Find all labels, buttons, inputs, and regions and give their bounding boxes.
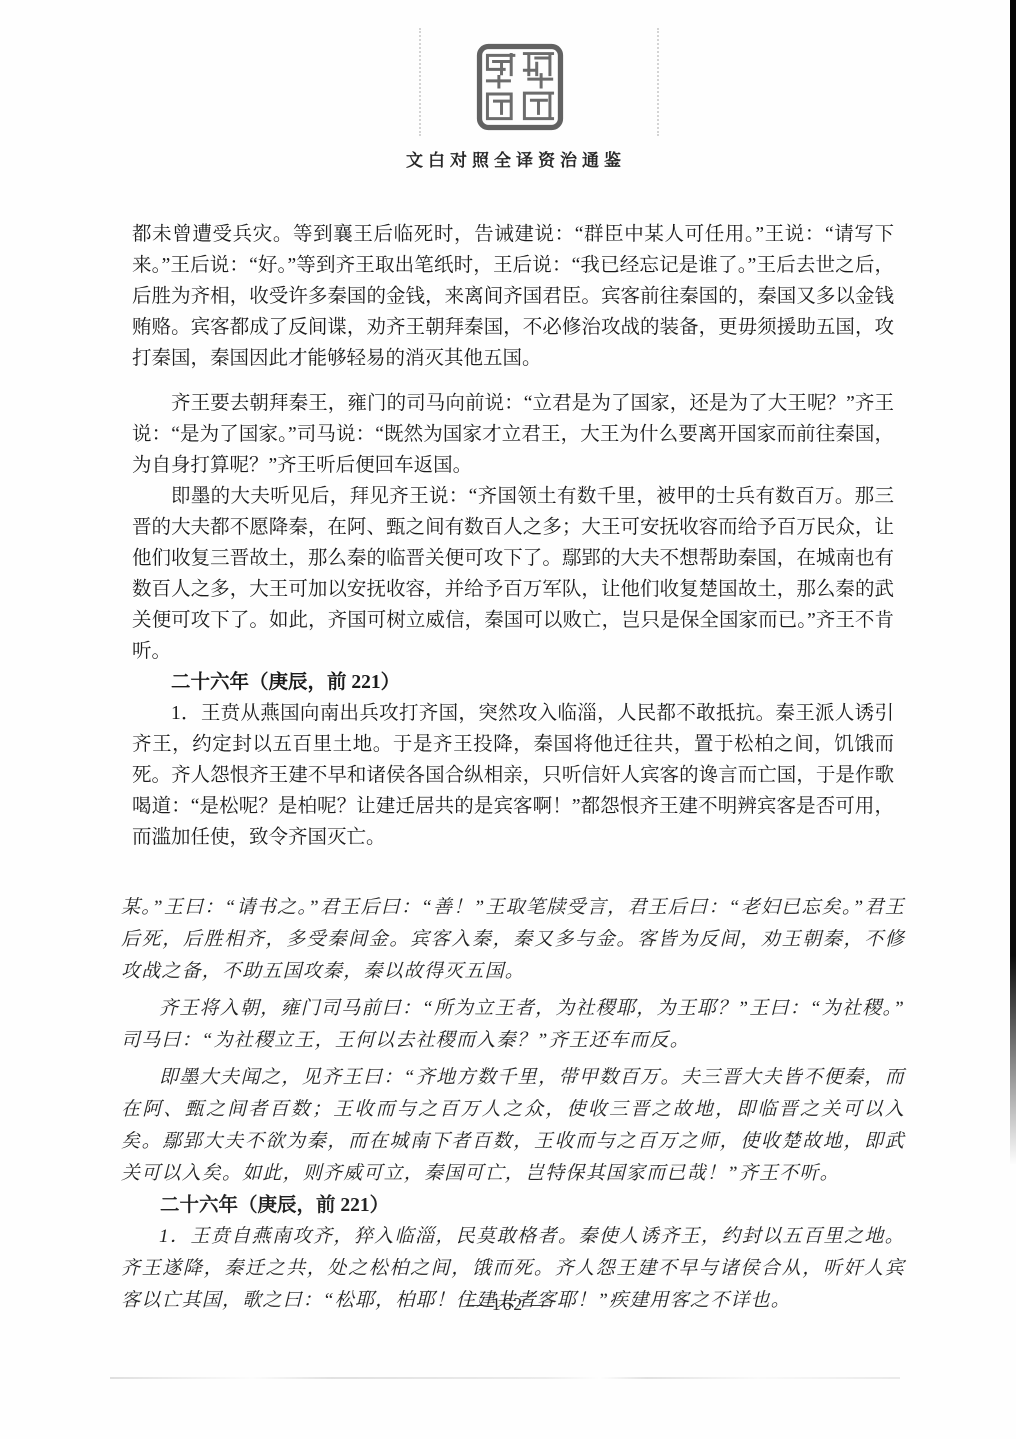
- scan-dotted-line-left: [419, 28, 421, 136]
- classical-year-heading: 二十六年（庚辰，前 221）: [121, 1190, 905, 1221]
- page-text-block: 都未曾遭受兵灾。等到襄王后临死时，告诫建说：“群臣中某人可任用。”王说：“请写下…: [132, 219, 894, 1317]
- seal-stamp-icon: [476, 40, 564, 134]
- vernacular-year-heading: 二十六年（庚辰，前 221）: [132, 667, 894, 698]
- scan-edge-shadow: [1010, 0, 1016, 1165]
- vernacular-paragraph-3: 即墨的大夫听见后，拜见齐王说：“齐国领土有数千里，被甲的士兵有数百万。那三晋的大…: [132, 481, 894, 667]
- vernacular-paragraph-4: 1．王贲从燕国向南出兵攻打齐国，突然攻入临淄，人民都不敢抵抗。秦王派人诱引齐王，…: [132, 698, 894, 853]
- classical-text-section: 某。”王曰：“请书之。”君王后曰：“善！”王取笔牍受言，君王后曰：“老妇已忘矣。…: [121, 892, 905, 1317]
- page-number: — 162 —: [0, 1294, 1016, 1315]
- vernacular-paragraph-2: 齐王要去朝拜秦王，雍门的司马向前说：“立君是为了国家，还是为了大王呢？”齐王说：…: [132, 388, 894, 481]
- classical-paragraph-2: 齐王将入朝，雍门司马前曰：“所为立王者，为社稷耶，为王耶？”王曰：“为社稷。”司…: [121, 993, 905, 1057]
- scan-streak-artifact: [110, 1377, 900, 1379]
- vernacular-translation-section: 都未曾遭受兵灾。等到襄王后临死时，告诫建说：“群臣中某人可任用。”王说：“请写下…: [132, 219, 894, 853]
- classical-paragraph-3: 即墨大夫闻之，见齐王曰：“齐地方数千里，带甲数百万。夫三晋大夫皆不便秦，而在阿、…: [121, 1062, 905, 1190]
- scan-dotted-line-right: [657, 28, 659, 136]
- book-series-title: 文白对照全译资治通鉴: [8, 146, 1016, 171]
- vernacular-paragraph-1: 都未曾遭受兵灾。等到襄王后临死时，告诫建说：“群臣中某人可任用。”王说：“请写下…: [132, 219, 894, 374]
- book-page: 文白对照全译资治通鉴 都未曾遭受兵灾。等到襄王后临死时，告诫建说：“群臣中某人可…: [0, 0, 1016, 1439]
- classical-paragraph-1: 某。”王曰：“请书之。”君王后曰：“善！”王取笔牍受言，君王后曰：“老妇已忘矣。…: [121, 892, 905, 988]
